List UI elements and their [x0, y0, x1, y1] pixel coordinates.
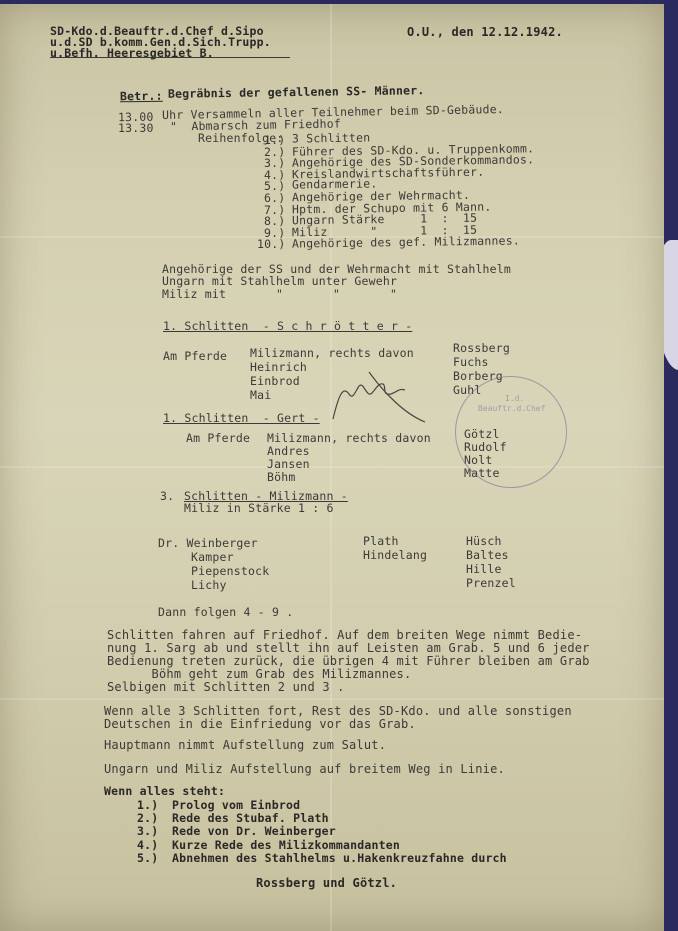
paragraph-salute: Hauptmann nimmt Aufstellung zum Salut.	[104, 739, 386, 752]
paragraph-line: Deutschen in die Einfriedung vor das Gra…	[104, 718, 416, 731]
ceremony-item: Abnehmen des Stahlhelms u.Hakenkreuzfahn…	[172, 852, 507, 865]
sled1-name: Fuchs	[453, 356, 489, 369]
sled3-num: 3.	[160, 490, 174, 503]
schedule-time: 13.30	[118, 122, 154, 135]
sled2-horse-label: Am Pferde	[186, 432, 250, 445]
group-name: Hille	[466, 563, 502, 576]
subject-text: Begräbnis der gefallenen SS- Männer.	[168, 84, 425, 101]
sled1-name: Mai	[250, 389, 271, 402]
paragraph-lineup: Ungarn und Miliz Aufstellung auf breitem…	[104, 763, 505, 776]
ceremony-item: Rede von Dr. Weinberger	[172, 825, 336, 838]
ceremony-item: Rede des Stubaf. Plath	[172, 812, 329, 825]
group-name: Piepenstock	[191, 565, 269, 578]
document-page: SD-Kdo.d.Beauftr.d.Chef d.Sipo u.d.SD b.…	[0, 4, 664, 931]
order-number: 10.)	[257, 238, 286, 251]
sled1-name: Heinrich	[250, 361, 307, 374]
group-name: Hindelang	[363, 549, 427, 562]
ceremony-item: Kurze Rede des Milizkommandanten	[172, 839, 400, 852]
ceremony-last-line: Rossberg und Götzl.	[256, 877, 397, 890]
group-name: Plath	[363, 535, 399, 548]
ceremony-number: 4.)	[137, 839, 158, 852]
sled2-name: Böhm	[267, 471, 296, 484]
date-line: O.U., den 12.12.1942.	[407, 26, 563, 39]
fold-crease	[0, 466, 664, 468]
group-name: Baltes	[466, 549, 509, 562]
subject-label: Betr.:	[120, 90, 163, 104]
stamp-text: Beauftr.d.Chef	[478, 404, 545, 413]
fold-crease	[0, 698, 664, 700]
sled1-name: Rossberg	[453, 342, 510, 355]
order-item: Angehörige des gef. Milizmannes.	[292, 235, 520, 251]
official-stamp	[455, 376, 567, 488]
sled3-subtitle: Miliz in Stärke 1 : 6	[184, 502, 334, 515]
then-follow: Dann folgen 4 - 9 .	[158, 606, 293, 619]
ceremony-number: 1.)	[137, 799, 158, 812]
group-name: Dr. Weinberger	[158, 537, 258, 550]
stamp-text: I.d.	[505, 394, 524, 403]
sled1-name: Einbrod	[250, 375, 300, 388]
sled1-title: 1. Schlitten - S c h r ö t t e r -	[163, 320, 412, 333]
ceremony-item: Prolog vom Einbrod	[172, 799, 300, 812]
ceremony-number: 3.)	[137, 825, 158, 838]
handwritten-signature	[325, 364, 445, 424]
header-underline	[50, 57, 290, 58]
group-name: Prenzel	[466, 577, 516, 590]
helmet-line: Miliz mit " " "	[162, 288, 397, 301]
group-name: Kamper	[191, 551, 234, 564]
sled2-title: 1. Schlitten - Gert -	[163, 412, 320, 425]
ceremony-label: Wenn alles steht:	[104, 785, 225, 798]
ceremony-number: 5.)	[137, 852, 158, 865]
paragraph-line: Selbigen mit Schlitten 2 und 3 .	[107, 681, 345, 694]
sled1-horse-label: Am Pferde	[163, 350, 227, 363]
header-left-line: u.Befh. Heeresgebiet B.	[50, 47, 214, 60]
ceremony-number: 2.)	[137, 812, 158, 825]
group-name: Hüsch	[466, 535, 502, 548]
sled1-name: Milizmann, rechts davon	[250, 347, 414, 360]
group-name: Lichy	[191, 579, 227, 592]
